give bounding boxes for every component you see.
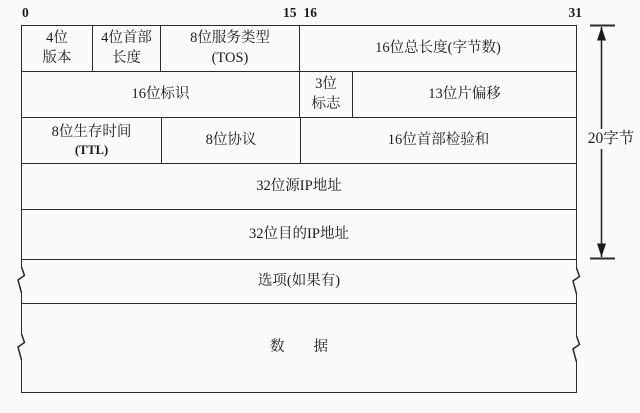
row-options: 选项(如果有) (22, 260, 576, 304)
field-data: 数 据 (22, 304, 576, 392)
bit-label-16: 16 (304, 6, 318, 20)
field-ttl: 8位生存时间 (TTL) (22, 118, 162, 163)
field-protocol: 8位协议 (162, 118, 301, 163)
field-header-checksum: 16位首部检验和 (301, 118, 576, 163)
field-tos: 8位服务类型 (TOS) (161, 26, 300, 71)
row-word-4: 32位源IP地址 (22, 164, 576, 210)
break-mark-icon (16, 267, 27, 293)
bit-label-15: 15 (283, 6, 297, 20)
byte-span-label: 20字节 (584, 129, 638, 149)
header-field-table: 4位 版本 4位首部 长度 8位服务类型 (TOS) 16位总长度(字节数) 1… (21, 25, 577, 393)
field-version: 4位 版本 (22, 26, 93, 71)
field-flags: 3位 标志 (300, 72, 353, 117)
field-options: 选项(如果有) (22, 260, 576, 303)
row-data: 数 据 (22, 304, 576, 392)
ipv4-header-diagram: 0 15 16 31 4位 版本 4位首部 长度 8位服务类型 (TOS) 16… (0, 0, 640, 413)
field-identification: 16位标识 (22, 72, 300, 117)
field-header-length: 4位首部 长度 (93, 26, 161, 71)
break-mark-icon (571, 268, 582, 294)
field-ttl-label: 8位生存时间 (52, 123, 132, 142)
bit-label-31: 31 (560, 6, 582, 20)
field-destination-ip: 32位目的IP地址 (22, 210, 576, 259)
field-fragment-offset: 13位片偏移 (353, 72, 576, 117)
row-word-2: 16位标识 3位 标志 13位片偏移 (22, 72, 576, 118)
bit-label-15-16: 15 16 (272, 6, 328, 20)
row-word-5: 32位目的IP地址 (22, 210, 576, 260)
field-ttl-sub-label: (TTL) (75, 143, 108, 158)
break-mark-icon (571, 336, 582, 362)
field-total-length: 16位总长度(字节数) (300, 26, 576, 71)
row-word-3: 8位生存时间 (TTL) 8位协议 16位首部检验和 (22, 118, 576, 164)
row-word-1: 4位 版本 4位首部 长度 8位服务类型 (TOS) 16位总长度(字节数) (22, 26, 576, 72)
break-mark-icon (16, 334, 27, 360)
field-source-ip: 32位源IP地址 (22, 164, 576, 209)
bit-label-0: 0 (22, 6, 29, 20)
